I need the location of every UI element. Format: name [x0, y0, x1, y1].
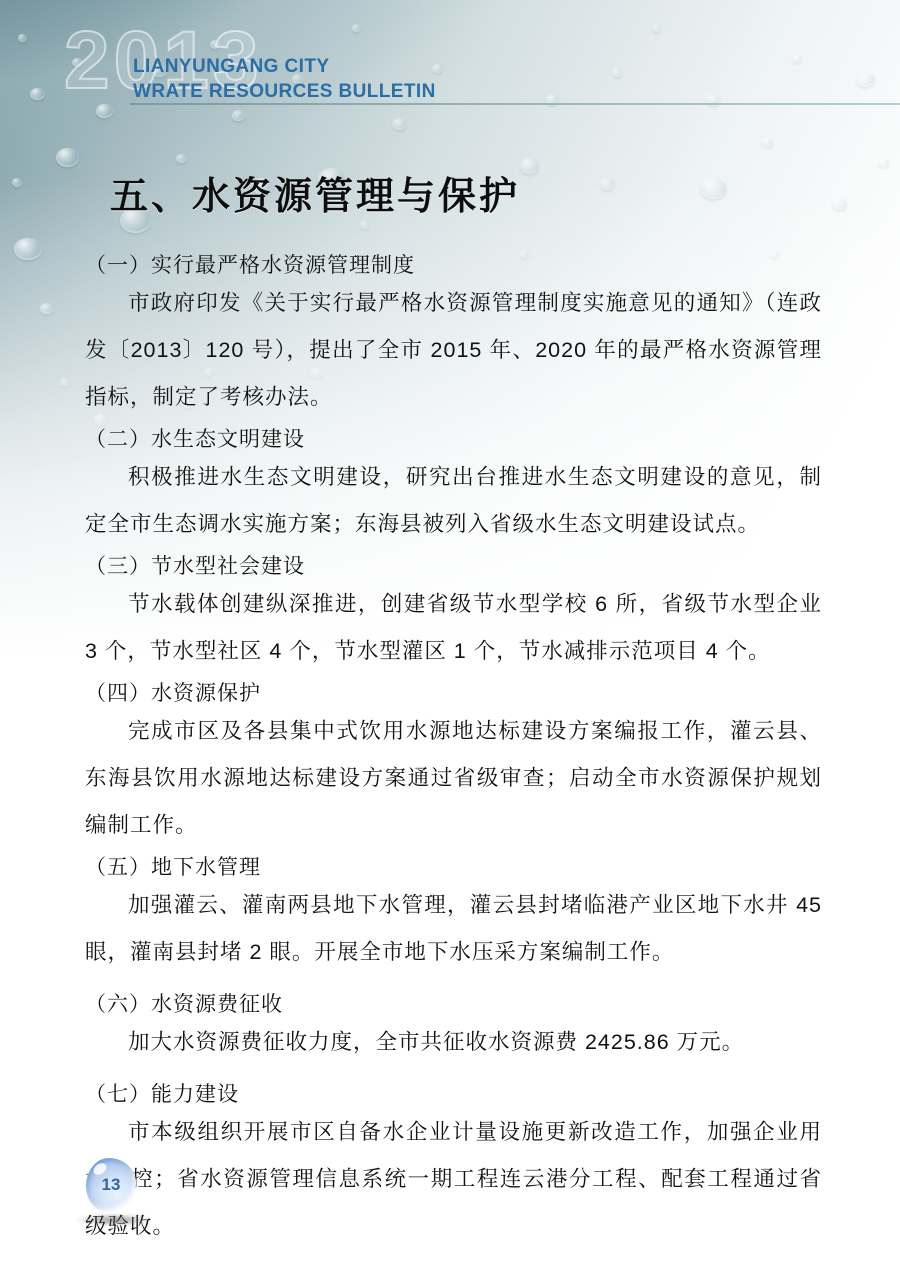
section-2-heading: （二）水生态文明建设 — [85, 425, 822, 454]
section-3: （三）节水型社会建设 节水载体创建纵深推进，创建省级节水型学校 6 所，省级节水… — [85, 552, 822, 675]
section-1-body: 市政府印发《关于实行最严格水资源管理制度实施意见的通知》（连政发〔2013〕12… — [85, 280, 822, 421]
header-city-line: LIANYUNGANG CITY — [133, 54, 436, 79]
header-bulletin-line: WRATE RESOURCES BULLETIN — [133, 79, 436, 104]
section-7-body: 市本级组织开展市区自备水企业计量设施更新改造工作，加强企业用水管控；省水资源管理… — [85, 1109, 822, 1250]
section-4-heading: （四）水资源保护 — [85, 679, 822, 708]
section-2-body: 积极推进水生态文明建设，研究出台推进水生态文明建设的意见，制定全市生态调水实施方… — [85, 454, 822, 548]
section-1: （一）实行最严格水资源管理制度 市政府印发《关于实行最严格水资源管理制度实施意见… — [85, 251, 822, 421]
section-7-heading: （七）能力建设 — [85, 1080, 822, 1109]
section-7: （七）能力建设 市本级组织开展市区自备水企业计量设施更新改造工作，加强企业用水管… — [85, 1080, 822, 1250]
document-content: 五、水资源管理与保护 （一）实行最严格水资源管理制度 市政府印发《关于实行最严格… — [85, 174, 822, 1250]
section-4: （四）水资源保护 完成市区及各县集中式饮用水源地达标建设方案编报工作，灌云县、东… — [85, 679, 822, 849]
section-3-heading: （三）节水型社会建设 — [85, 552, 822, 581]
header-organization: LIANYUNGANG CITY WRATE RESOURCES BULLETI… — [133, 54, 436, 104]
section-6-body: 加大水资源费征收力度，全市共征收水资源费 2425.86 万元。 — [85, 1019, 822, 1066]
page-number: 13 — [102, 1175, 121, 1195]
section-5-body: 加强灌云、灌南两县地下水管理，灌云县封堵临港产业区地下水井 45 眼，灌南县封堵… — [85, 882, 822, 976]
section-1-heading: （一）实行最严格水资源管理制度 — [85, 251, 822, 280]
section-3-body: 节水载体创建纵深推进，创建省级节水型学校 6 所，省级节水型企业 3 个，节水型… — [85, 581, 822, 675]
section-2: （二）水生态文明建设 积极推进水生态文明建设，研究出台推进水生态文明建设的意见，… — [85, 425, 822, 548]
droplet-shadow-decor — [76, 1214, 152, 1226]
section-6-heading: （六）水资源费征收 — [85, 990, 822, 1019]
header-divider — [130, 103, 900, 105]
section-4-body: 完成市区及各县集中式饮用水源地达标建设方案编报工作，灌云县、东海县饮用水源地达标… — [85, 708, 822, 849]
section-5: （五）地下水管理 加强灌云、灌南两县地下水管理，灌云县封堵临港产业区地下水井 4… — [85, 853, 822, 976]
page-title: 五、水资源管理与保护 — [110, 174, 822, 220]
bulletin-page: 2013 LIANYUNGANG CITY WRATE RESOURCES BU… — [0, 0, 900, 1272]
section-6: （六）水资源费征收 加大水资源费征收力度，全市共征收水资源费 2425.86 万… — [85, 990, 822, 1066]
section-5-heading: （五）地下水管理 — [85, 853, 822, 882]
